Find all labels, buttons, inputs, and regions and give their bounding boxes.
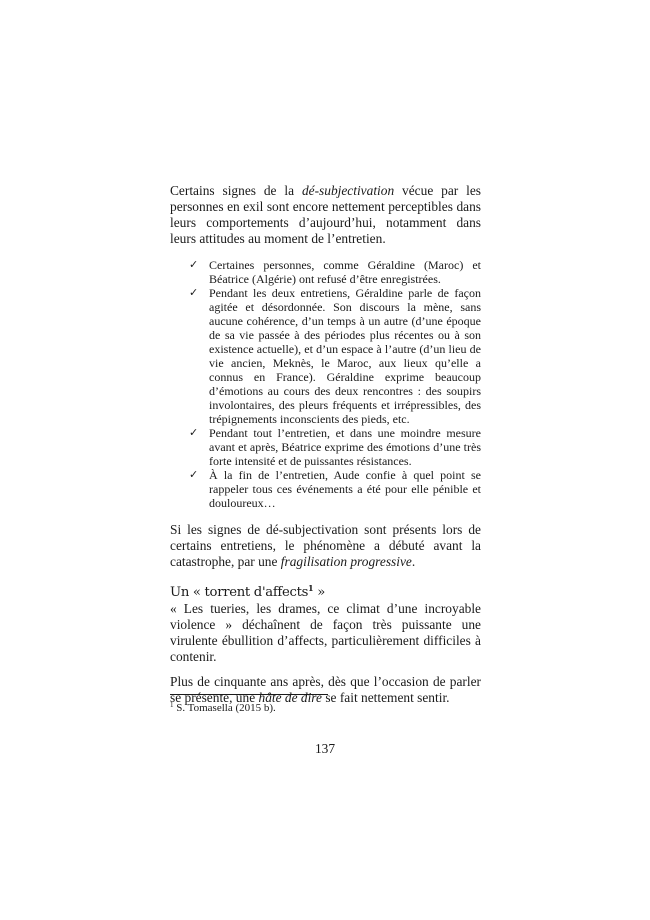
intro-emphasis: dé-subjectivation	[302, 183, 394, 198]
paragraph-fragilisation: Si les signes de dé-subjectivation sont …	[170, 522, 481, 570]
bullet-text: Certaines personnes, comme Géraldine (Ma…	[209, 258, 481, 286]
para2-emphasis: fragilisation progressive	[281, 554, 412, 569]
bullet-text: À la fin de l’entretien, Aude confie à q…	[209, 468, 481, 510]
heading-text-end: »	[313, 585, 325, 600]
bullet-item: ✓À la fin de l’entretien, Aude confie à …	[209, 468, 481, 510]
intro-paragraph: Certains signes de la dé-subjectivation …	[170, 183, 481, 247]
heading-text: Un « torrent d'affects	[170, 585, 308, 600]
bullet-item: ✓Pendant les deux entretiens, Géraldine …	[209, 286, 481, 426]
checkmark-icon: ✓	[189, 468, 198, 482]
checkmark-icon: ✓	[189, 258, 198, 272]
quote-paragraph: « Les tueries, les drames, ce climat d’u…	[170, 601, 481, 665]
bullet-item: ✓Certaines personnes, comme Géraldine (M…	[209, 258, 481, 286]
section-heading: Un « torrent d'affects1 »	[170, 580, 481, 601]
bullet-text: Pendant tout l’entretien, et dans une mo…	[209, 426, 481, 468]
footnote: 1 S. Tomasella (2015 b).	[170, 699, 276, 715]
page-number: 137	[0, 741, 650, 757]
checkmark-icon: ✓	[189, 286, 198, 300]
bullet-item: ✓Pendant tout l’entretien, et dans une m…	[209, 426, 481, 468]
checkmark-icon: ✓	[189, 426, 198, 440]
footnote-separator	[170, 694, 328, 695]
bullet-list: ✓Certaines personnes, comme Géraldine (M…	[170, 258, 481, 510]
footnote-text: S. Tomasella (2015 b).	[174, 702, 276, 714]
page-body: Certains signes de la dé-subjectivation …	[170, 183, 481, 706]
intro-text-1: Certains signes de la	[170, 183, 302, 198]
para4-text-2: se fait nettement sentir.	[322, 690, 450, 705]
bullet-text: Pendant les deux entretiens, Géraldine p…	[209, 286, 481, 426]
para2-text-2: .	[412, 554, 415, 569]
